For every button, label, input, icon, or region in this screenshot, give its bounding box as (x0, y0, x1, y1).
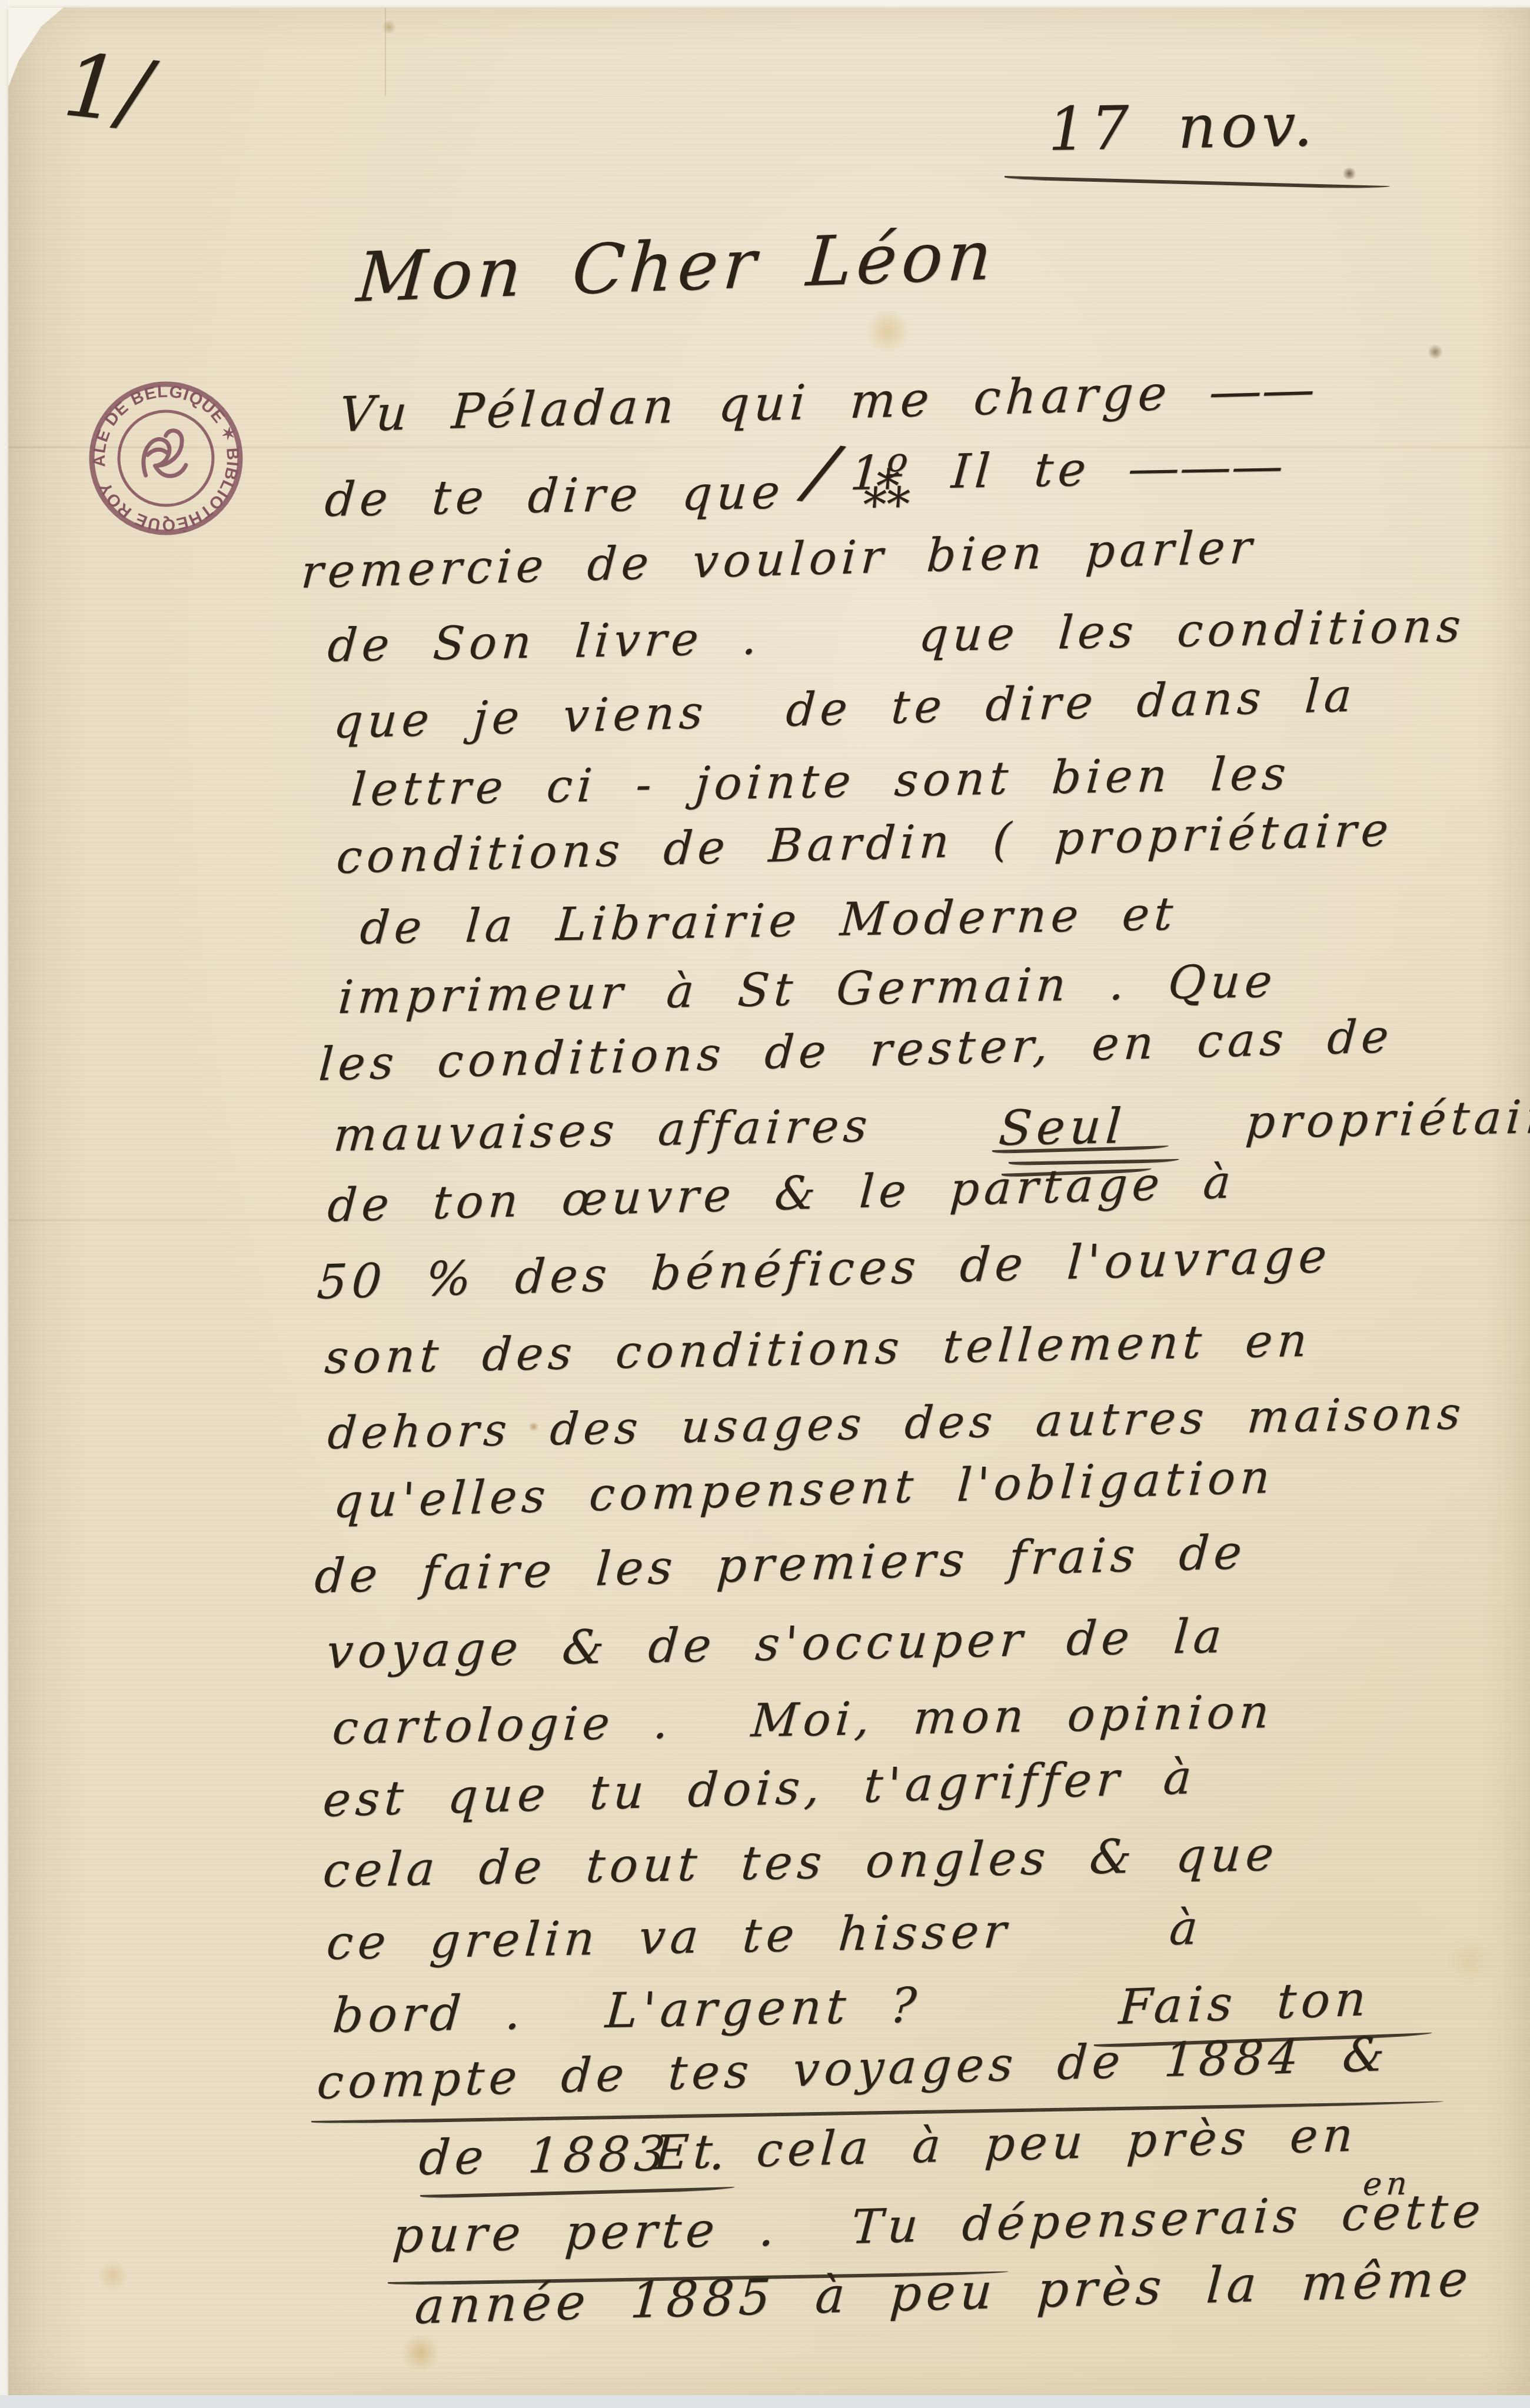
letter-line: cela de tout tes ongles & que (321, 1827, 1280, 1898)
salutation: Mon Cher Léon (354, 216, 999, 318)
letter-line: est que tu dois, t'agriffer à (321, 1750, 1198, 1827)
letter-line: cartologie . Moi, mon opinion (331, 1686, 1275, 1755)
letter-line: remercie de vouloir bien parler (300, 521, 1258, 599)
letter-line: 50 % des bénéfices de l'ouvrage (315, 1228, 1333, 1310)
paper-stain (864, 311, 912, 352)
letter-line: conditions de Bardin ( propriétaire (335, 804, 1395, 884)
letter-line: bord . L'argent ? (331, 1977, 923, 2044)
letter-line: que je viens de te dire dans la (332, 669, 1358, 749)
page-number: 1/ (59, 34, 156, 144)
letter-line: imprimeur à St Germain . Que (337, 955, 1279, 1024)
scan-edge-left (0, 0, 8, 2408)
letter-line: lettre ci - jointe sont bien les (350, 747, 1292, 817)
letter-line: en (1362, 2164, 1413, 2203)
letter-line: de Son livre . que les conditions (326, 599, 1467, 672)
torn-corner (8, 8, 73, 96)
paper-stain (97, 2261, 129, 2290)
ink-underline (1005, 176, 1390, 189)
letter-line: qu'elles compensent l'obligation (332, 1451, 1276, 1528)
letter-line: pure perte . (391, 2201, 781, 2264)
letter-line: 1º Il te ――― (849, 438, 1288, 501)
paper-stain (1444, 1937, 1497, 1984)
letter-line: mauvaises affaires (332, 1100, 874, 1162)
letter-line: sont des conditions tellement en (323, 1314, 1313, 1384)
letter-line: de ton œuvre & le partage à (326, 1155, 1237, 1233)
paper-stain (400, 2335, 441, 2370)
paper-crease (385, 8, 386, 96)
library-stamp-icon: ALE DE BELGIQUE ✶ BIBLIOTHÈQUE ROY (85, 377, 247, 539)
letter-line: propriétaire (1244, 1090, 1530, 1149)
stamp-monogram (139, 429, 187, 479)
letter-date: 17 nov. (1047, 90, 1318, 165)
ink-speck (1342, 168, 1357, 179)
letter-line: voyage & de s'occuper de la (325, 1608, 1228, 1679)
letter-paper: 1/ 17 nov. Mon Cher Léon ALE DE BELGIQUE… (8, 8, 1530, 2395)
letter-line: de faire les premiers frais de (313, 1524, 1248, 1604)
ink-underline (420, 2187, 735, 2199)
letter-line: dehors des usages des autres maisons (326, 1387, 1467, 1459)
letter-line: Et cela à peu près en (653, 2107, 1359, 2180)
paper-stain (382, 19, 395, 35)
letter-line: de la Librairie Moderne et (358, 888, 1179, 955)
ink-speck (1428, 344, 1443, 359)
letter-line: les conditions de rester, en cas de (317, 1010, 1395, 1091)
letter-line: année 1885 à peu près la même (413, 2250, 1474, 2335)
letter-line: Fais ton (1117, 1971, 1372, 2036)
scan-edge-bottom (0, 2395, 1530, 2408)
letter-line: ce grelin va te hisser à (325, 1900, 1204, 1970)
